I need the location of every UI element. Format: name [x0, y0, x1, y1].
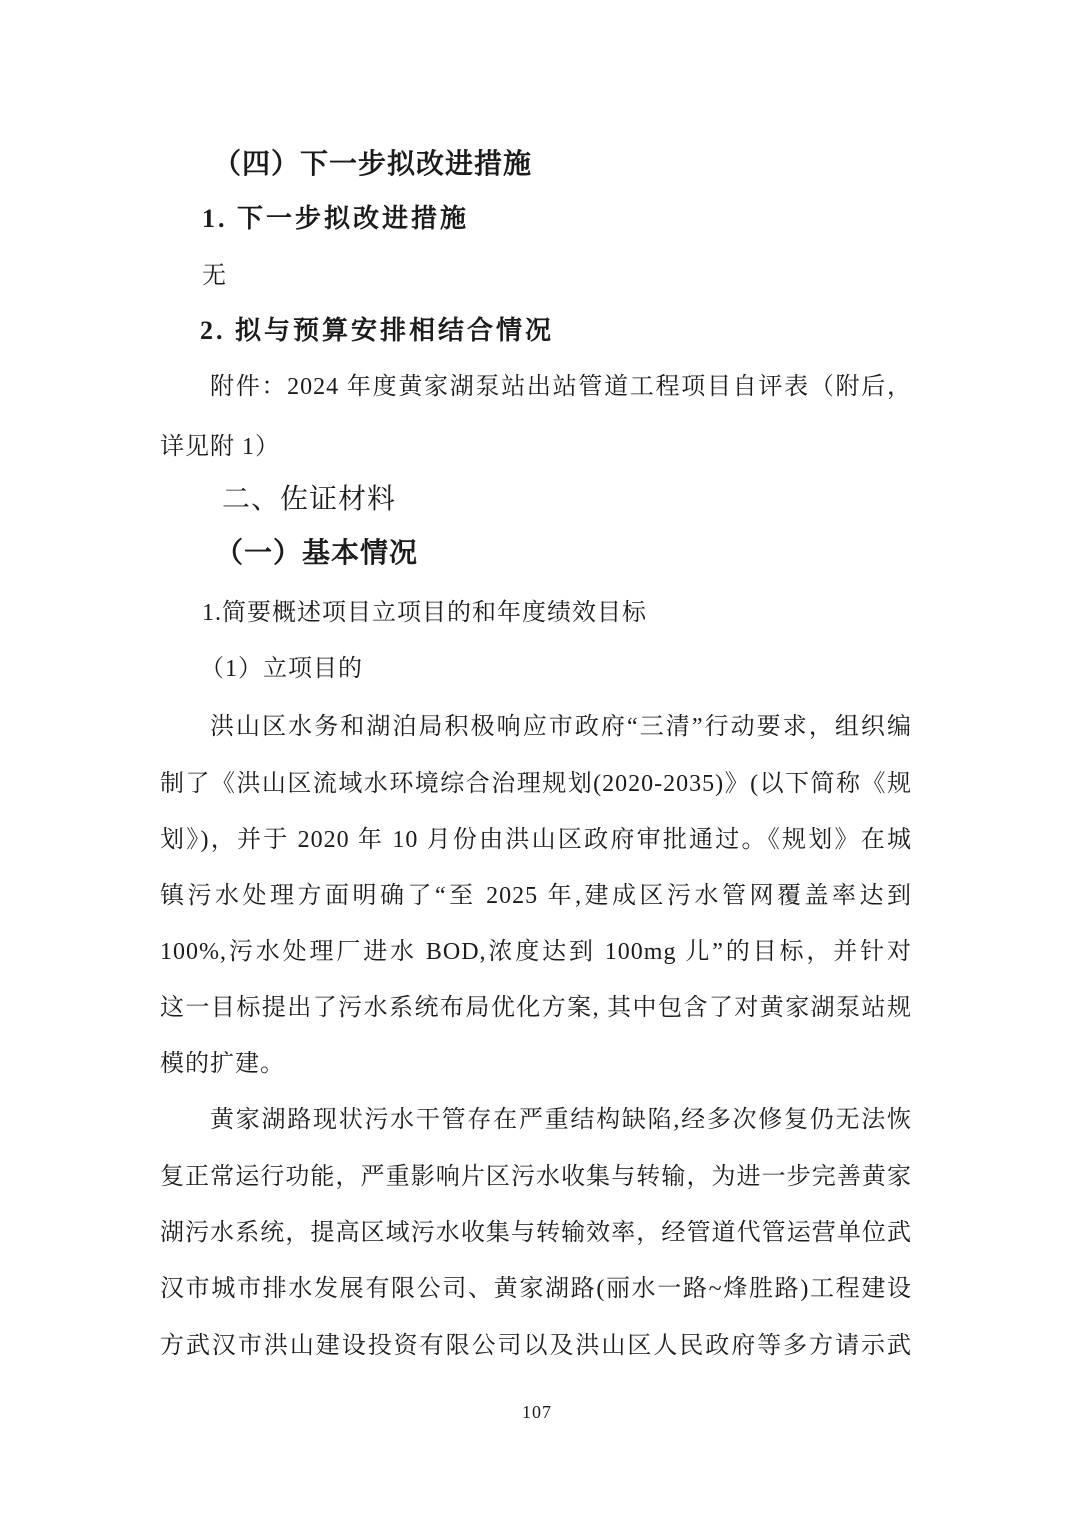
- paragraph-2-line-3: 湖污水系统，提高区域污水收集与转输效率，经管道代管运营单位武: [160, 1214, 912, 1252]
- subheading-budget-combination: 2. 拟与预算安排相结合情况: [160, 312, 912, 350]
- page-number: 107: [0, 1402, 1074, 1423]
- paragraph-1-line-4: 镇污水处理方面明确了“至 2025 年,建成区污水管网覆盖率达到: [160, 877, 912, 915]
- paragraph-1-line-5: 100%,污水处理厂进水 BOD,浓度达到 100mg 儿”的目标，并针对: [160, 933, 912, 971]
- paragraph-2-line-4: 汉市城市排水发展有限公司、黄家湖路(丽水一路~烽胜路)工程建设: [160, 1270, 912, 1308]
- paragraph-1-line-2: 制了《洪山区流域水环境综合治理规划(2020-2035)》(以下简称《规: [160, 765, 912, 803]
- paragraph-2-line-1: 黄家湖路现状污水干管存在严重结构缺陷,经多次修复仍无法恢: [160, 1101, 912, 1139]
- paragraph-1-line-3: 划》)，并于 2020 年 10 月份由洪山区政府审批通过。《规划》在城: [160, 821, 912, 859]
- paragraph-none: 无: [160, 257, 912, 295]
- item-project-overview: 1.简要概述项目立项目的和年度绩效目标: [160, 594, 912, 632]
- section-heading-basic-info: （一）基本情况: [160, 535, 912, 573]
- section-heading-four: （四）下一步拟改进措施: [160, 146, 912, 184]
- paragraph-2-line-2: 复正常运行功能，严重影响片区污水收集与转输，为进一步完善黄家: [160, 1158, 912, 1196]
- subheading-next-step-measures: 1. 下一步拟改进措施: [160, 200, 912, 238]
- paragraph-1-line-6: 这一目标提出了污水系统布局优化方案, 其中包含了对黄家湖泵站规: [160, 989, 912, 1027]
- paragraph-2-line-5: 方武汉市洪山建设投资有限公司以及洪山区人民政府等多方请示武: [160, 1327, 912, 1365]
- paragraph-1-line-1: 洪山区水务和湖泊局积极响应市政府“三清”行动要求，组织编: [160, 708, 912, 746]
- section-heading-evidence-materials: 二、佐证材料: [160, 481, 912, 519]
- paragraph-1-line-7: 模的扩建。: [160, 1045, 912, 1083]
- attachment-line-1: 附件：2024 年度黄家湖泵站出站管道工程项目自评表（附后，: [160, 368, 912, 406]
- item-project-purpose: （1）立项目的: [160, 650, 912, 688]
- attachment-line-2: 详见附 1）: [160, 428, 912, 466]
- document-page: （四）下一步拟改进措施 1. 下一步拟改进措施 无 2. 拟与预算安排相结合情况…: [0, 0, 1074, 1520]
